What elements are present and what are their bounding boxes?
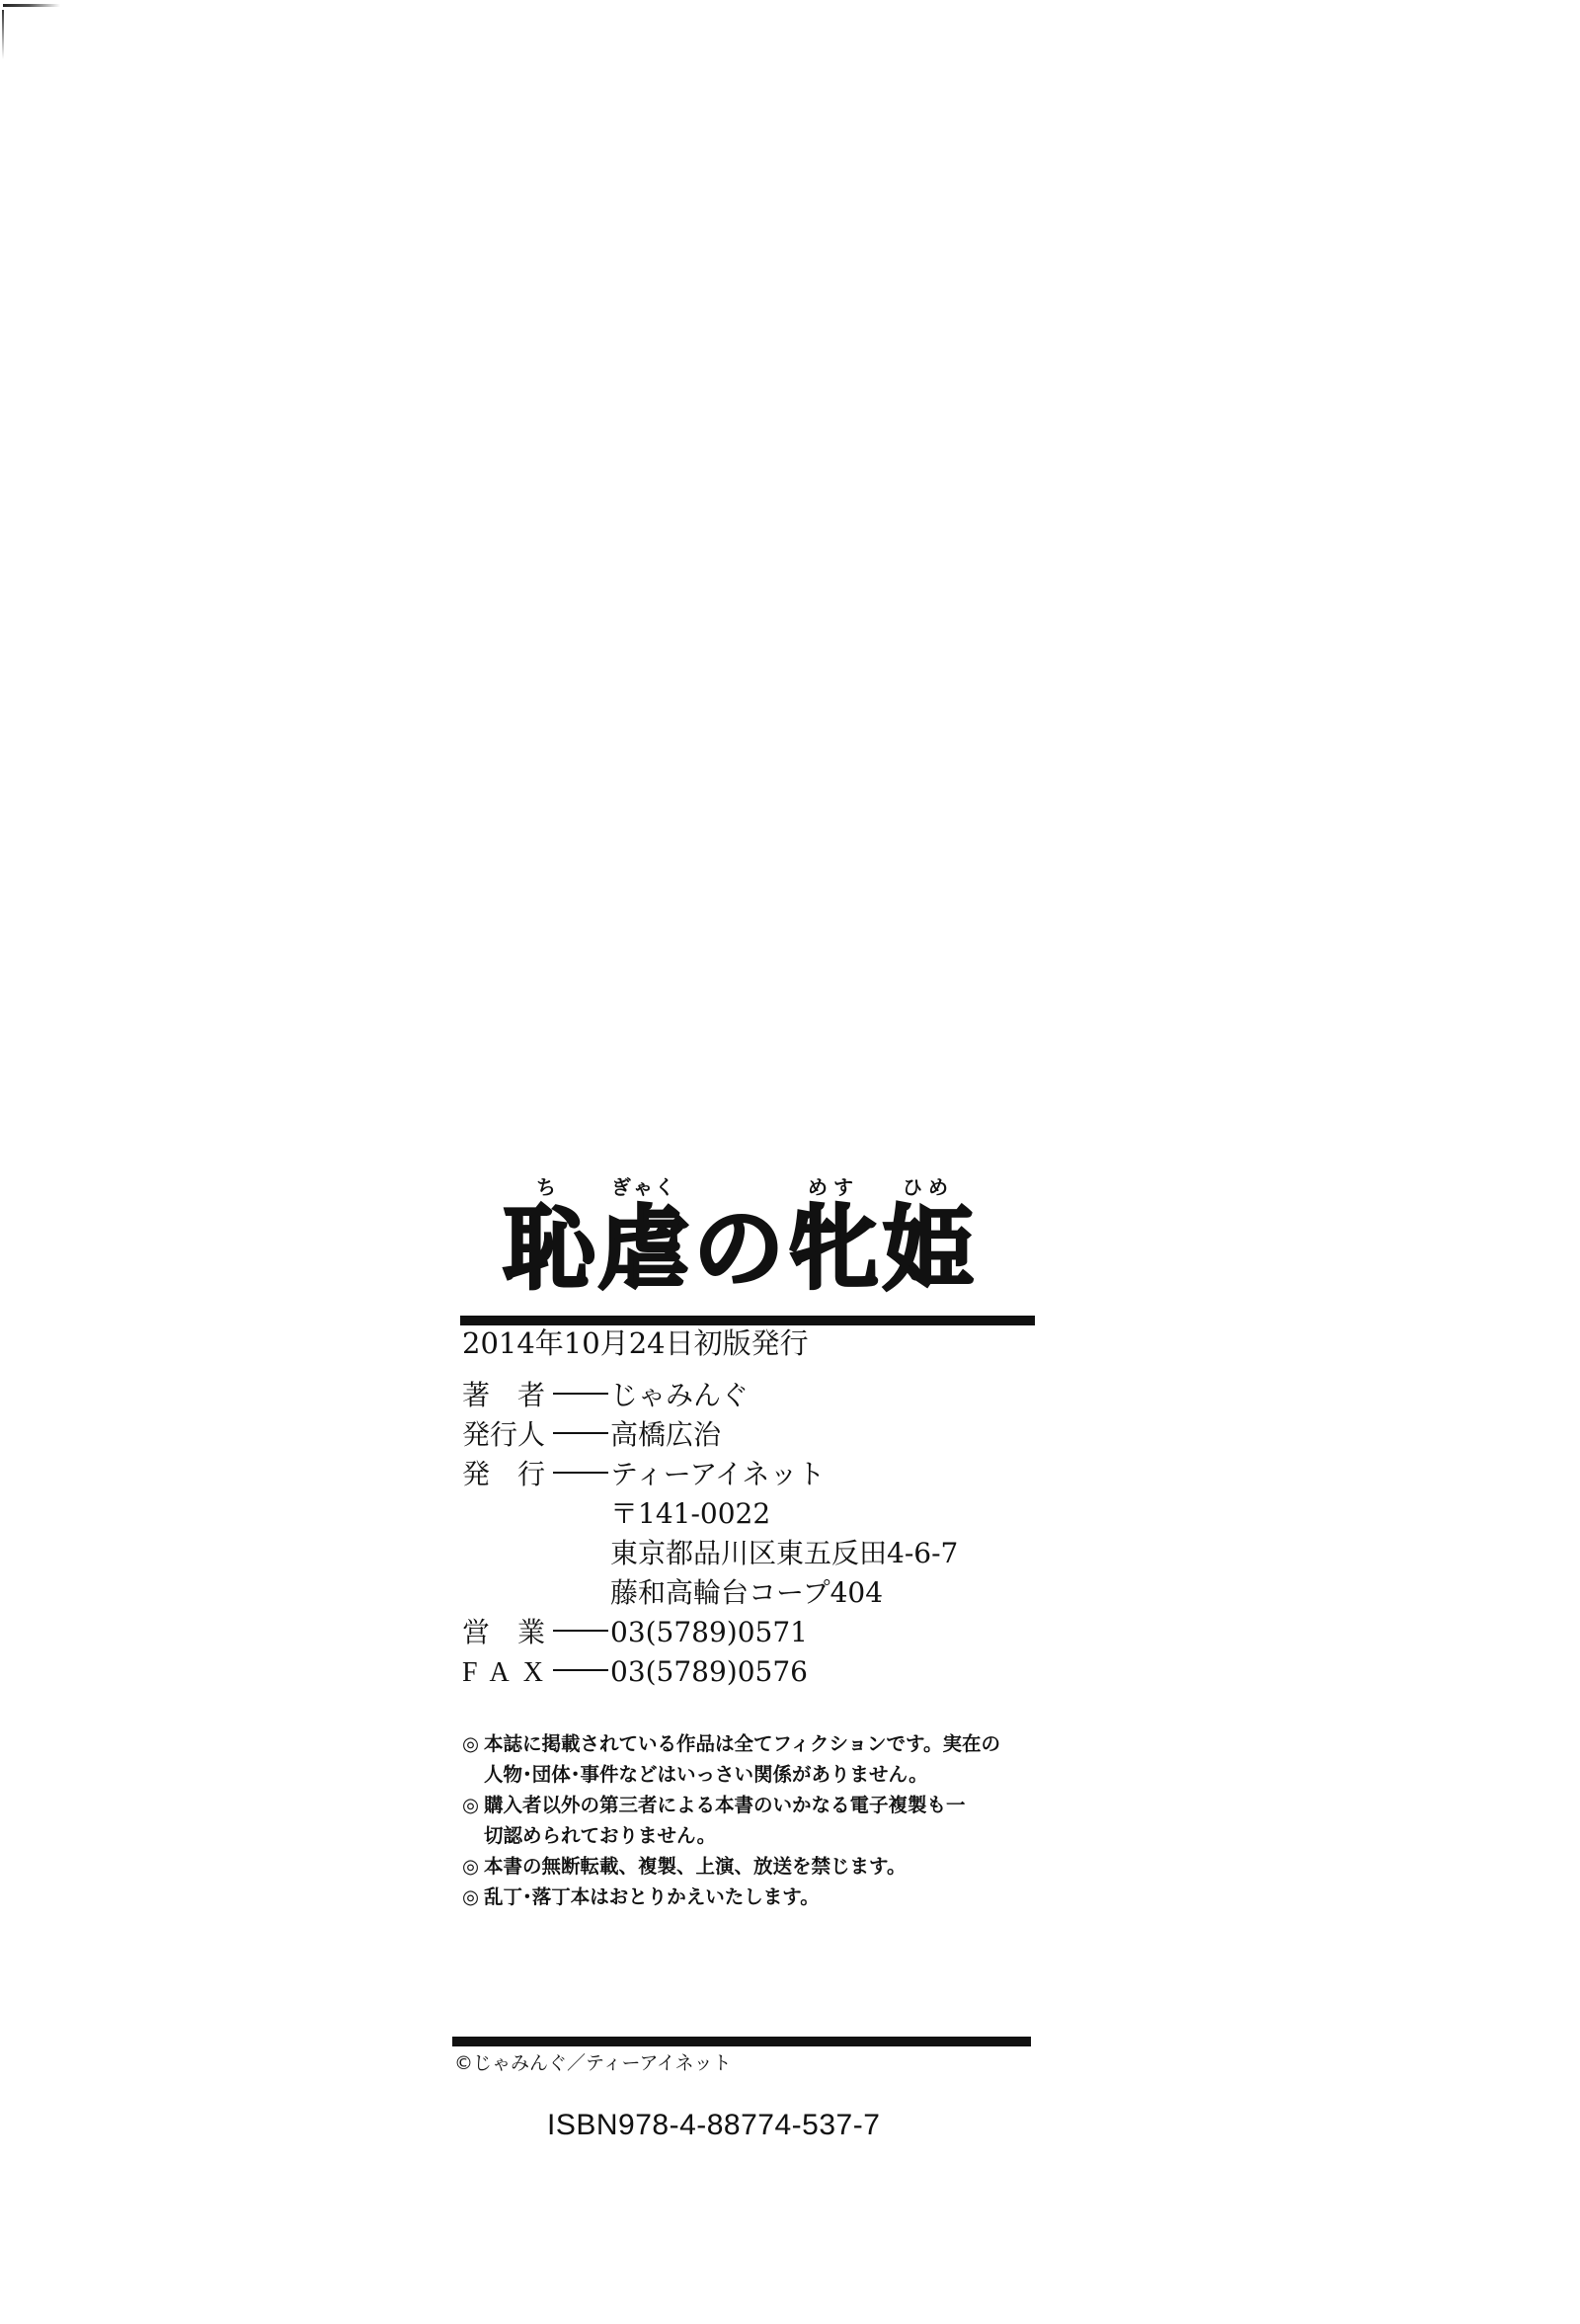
postal-code: 〒141-0022 [610, 1494, 770, 1534]
note-fiction: ◎本誌に掲載されている作品は全てフィクションです。実在の 人物･団体･事件などは… [462, 1728, 1055, 1790]
note-text: 乱丁･落丁本はおとりかえいたします。 [484, 1885, 820, 1908]
address-line-1: 東京都品川区東五反田4-6-7 [610, 1534, 958, 1573]
double-diamond-icon: ◎ [462, 1728, 484, 1759]
copyright-line: ©じゃみんぐ／ティーアイネット [454, 2048, 732, 2078]
title-char-5: ひめ 姫 [881, 1175, 976, 1298]
publisher-name: ティーアイネット [610, 1455, 826, 1494]
address-line-1-row: 東京都品川区東五反田4-6-7 [462, 1534, 1045, 1573]
postal-code-row: 〒141-0022 [462, 1494, 1045, 1534]
leader-dash [553, 1669, 608, 1671]
title-char-3: の [691, 1175, 786, 1298]
title-kanji-1: 恥 [502, 1199, 596, 1298]
note-text-continued: 人物･団体･事件などはいっさい関係がありません。 [462, 1759, 1055, 1790]
leader-dash [553, 1630, 608, 1632]
publication-date: 2014年10月24日初版発行 [462, 1325, 809, 1361]
address-line-2-row: 藤和高輪台コープ404 [462, 1573, 1045, 1613]
credit-sales: 営 業 03(5789)0571 [462, 1613, 1045, 1652]
address-line-2: 藤和高輪台コープ404 [610, 1573, 883, 1613]
publisher-person-name: 高橋広治 [610, 1415, 721, 1455]
note-text: 購入者以外の第三者による本書のいかなる電子複製も一 [484, 1794, 966, 1816]
fax-label: FAX [462, 1653, 553, 1693]
title-kanji-5: 姫 [881, 1199, 976, 1298]
note-misprint: ◎乱丁･落丁本はおとりかえいたします。 [462, 1882, 1055, 1912]
leader-dash [553, 1472, 608, 1474]
bottom-divider-rule [452, 2037, 1031, 2046]
note-text-continued: 切認められておりません。 [462, 1820, 1055, 1851]
publisher-person-label: 発行人 [462, 1415, 553, 1455]
publisher-label: 発 行 [462, 1455, 553, 1494]
leader-dash [553, 1393, 608, 1395]
note-reproduction: ◎本書の無断転載、複製、上演、放送を禁じます。 [462, 1851, 1055, 1882]
book-title: ち 恥 ぎゃく 虐 の めす 牝 ひめ 姫 [502, 1175, 1035, 1304]
author-label: 著 者 [462, 1376, 553, 1415]
sales-phone: 03(5789)0571 [610, 1613, 808, 1652]
fax-number: 03(5789)0576 [610, 1652, 808, 1692]
title-kanji-2: 虐 [596, 1199, 691, 1298]
corner-crop-mark-horizontal [3, 4, 60, 7]
corner-crop-mark-vertical [2, 10, 4, 59]
credit-publisher-person: 発行人 高橋広治 [462, 1415, 1045, 1455]
credit-publisher: 発 行 ティーアイネット [462, 1455, 1045, 1494]
top-divider-rule [460, 1316, 1035, 1325]
title-char-2: ぎゃく 虐 [596, 1175, 691, 1298]
isbn: ISBN978-4-88774-537-7 [547, 2108, 880, 2143]
note-digital-copy: ◎購入者以外の第三者による本書のいかなる電子複製も一 切認められておりません。 [462, 1790, 1055, 1851]
credit-author: 著 者 じゃみんぐ [462, 1376, 1045, 1415]
credits-block: 著 者 じゃみんぐ 発行人 高橋広治 発 行 ティーアイネット 〒141-002… [462, 1376, 1045, 1692]
double-diamond-icon: ◎ [462, 1882, 484, 1912]
note-text: 本誌に掲載されている作品は全てフィクションです。実在の [484, 1732, 1000, 1755]
double-diamond-icon: ◎ [462, 1790, 484, 1820]
sales-label: 営 業 [462, 1613, 553, 1652]
credit-fax: FAX 03(5789)0576 [462, 1652, 1045, 1692]
author-name: じゃみんぐ [610, 1376, 749, 1415]
leader-dash [553, 1432, 608, 1434]
title-kanji-4: 牝 [786, 1199, 881, 1298]
title-char-1: ち 恥 [502, 1175, 596, 1298]
double-diamond-icon: ◎ [462, 1851, 484, 1882]
title-char-4: めす 牝 [786, 1175, 881, 1298]
legal-notes: ◎本誌に掲載されている作品は全てフィクションです。実在の 人物･団体･事件などは… [462, 1728, 1055, 1912]
title-kanji-3: の [691, 1199, 786, 1298]
note-text: 本書の無断転載、複製、上演、放送を禁じます。 [484, 1855, 906, 1878]
